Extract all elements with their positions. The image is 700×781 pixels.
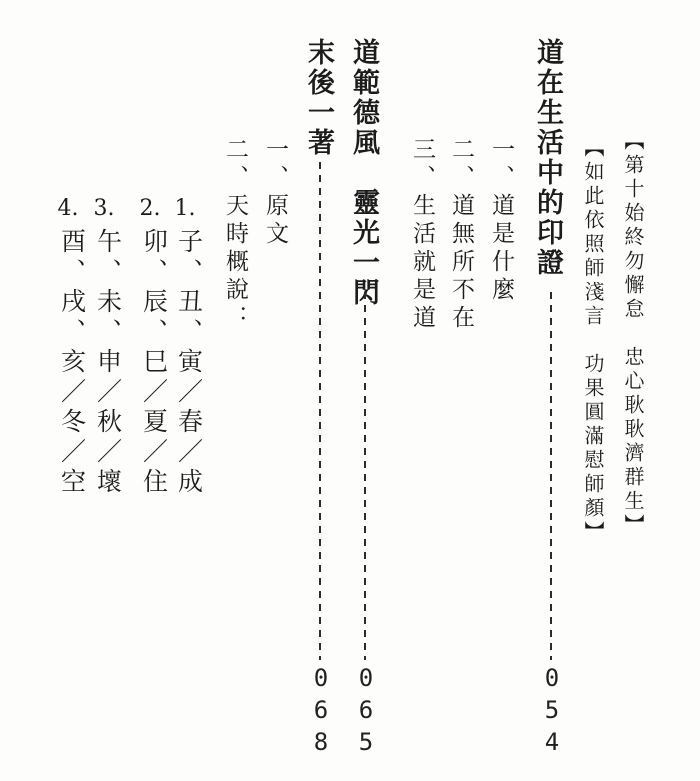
chapter1-subitem-3: 三、生活就是道 [411, 137, 434, 333]
numbered-item-1-label: 1. [168, 194, 202, 228]
numbered-item-3: 3. 午、未、申／秋／壞 [87, 194, 121, 498]
toc-leader-line-1 [550, 292, 552, 660]
numbered-item-4-text: 酉、戌、亥／冬／空 [59, 228, 84, 498]
chapter-page-number-1: 054 [538, 664, 566, 760]
numbered-item-2-label: 2. [133, 194, 167, 228]
numbered-item-4: 4. 酉、戌、亥／冬／空 [51, 194, 85, 498]
chapter1-subitem-1: 一、道是什麼 [490, 137, 513, 305]
chapter3-subitem-2: 二、天時概說： [224, 137, 247, 333]
numbered-item-3-label: 3. [87, 194, 121, 228]
chapter-title-3: 末後一著 [305, 38, 332, 158]
chapter-page-number-2: 065 [352, 664, 380, 760]
numbered-item-1: 1. 子、丑、寅／春／成 [168, 194, 202, 498]
numbered-item-2-text: 卯、辰、巳／夏／住 [141, 228, 166, 498]
chapter-page-number-3: 068 [307, 664, 335, 760]
toc-page: 【第十始終勿懈怠 忠心耿耿濟群生】 【如此依照師淺言 功果圓滿慰師顏】 道在生活… [0, 0, 700, 781]
toc-leader-line-2 [364, 292, 366, 660]
toc-leader-line-3 [319, 162, 321, 660]
motto-line-2: 【如此依照師淺言 功果圓滿慰師顏】 [582, 137, 602, 545]
chapter-title-2: 道範德風 靈光一閃 [350, 38, 377, 308]
numbered-item-1-text: 子、丑、寅／春／成 [176, 228, 201, 498]
numbered-item-2: 2. 卯、辰、巳／夏／住 [133, 194, 167, 498]
numbered-item-4-label: 4. [51, 194, 85, 228]
chapter3-subitem-1: 一、原文 [264, 137, 287, 249]
chapter-title-1: 道在生活中的印證 [534, 38, 561, 278]
motto-line-1: 【第十始終勿懈怠 忠心耿耿濟群生】 [622, 130, 642, 538]
chapter1-subitem-2: 二、道無所不在 [450, 137, 473, 333]
numbered-item-3-text: 午、未、申／秋／壞 [95, 228, 120, 498]
